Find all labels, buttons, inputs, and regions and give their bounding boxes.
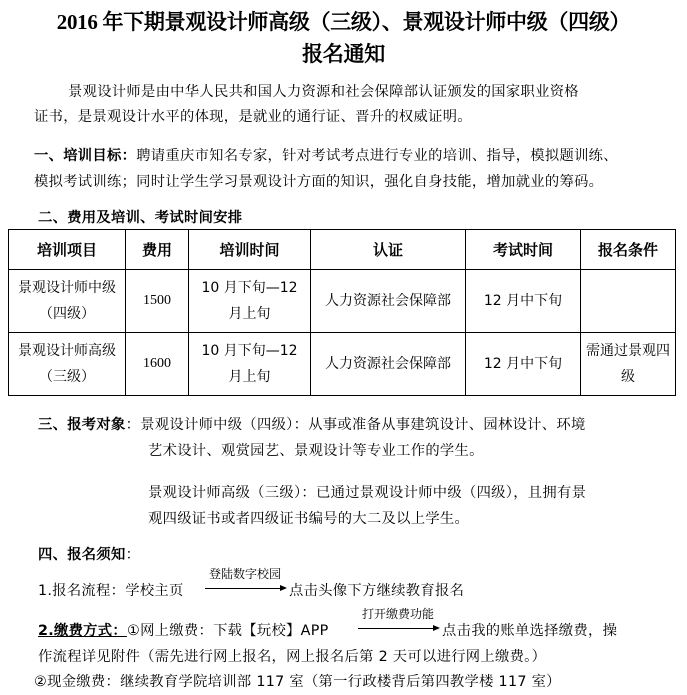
payment-line3: ②现金缴费：继续教育学院培训部 117 室（第一行政楼背后第四教学楼 117 室…	[34, 671, 561, 691]
arrow-label: 打开缴费功能	[358, 605, 438, 622]
section3-para1-line1: 景观设计师中级（四级）：从事或准备从事建筑设计、园林设计、环境	[140, 417, 585, 433]
online-payment-suffix: 点击我的账单选择缴费，操	[442, 620, 617, 640]
header-cell: 培训时间	[189, 230, 311, 270]
section1-heading: 一、培训目标：	[34, 148, 136, 164]
cell-fee: 1600	[126, 333, 189, 396]
payment-line1-prefix: 2.缴费方式：①网上缴费：下载【玩校】APP	[38, 620, 329, 640]
payment-method-label: 2.缴费方式：	[38, 623, 127, 639]
online-payment-prefix: ①网上缴费：下载【玩校】APP	[127, 623, 329, 639]
registration-flow-arrow: 登陆数字校园	[205, 565, 285, 589]
payment-line2: 作流程详见附件（需先进行网上报名，网上报名后第 2 天可以进行网上缴费。）	[38, 646, 546, 666]
registration-step-suffix: 点击头像下方继续教育报名	[289, 580, 464, 600]
cell-project: 景观设计师中级（四级）	[9, 270, 126, 333]
document-title-line1: 2016 年下期景观设计师高级（三级）、景观设计师中级（四级）	[0, 6, 687, 36]
section3-para1-line2: 艺术设计、观赏园艺、景观设计等专业工作的学生。	[148, 440, 484, 460]
intro-line1: 景观设计师是由中华人民共和国人力资源和社会保障部认证颁发的国家职业资格	[68, 81, 579, 101]
cell-training-time: 10 月下旬—12 月上旬	[189, 333, 311, 396]
registration-step-prefix: 1.报名流程：学校主页	[38, 580, 184, 600]
fee-schedule-table: 培训项目 费用 培训时间 认证 考试时间 报名条件 景观设计师中级（四级） 15…	[8, 229, 676, 396]
cell-fee: 1500	[126, 270, 189, 333]
section4-heading-line: 四、报名须知：	[38, 544, 140, 564]
cell-project: 景观设计师高级（三级）	[9, 333, 126, 396]
section3-para2-line2: 观四级证书或者四级证书编号的大二及以上学生。	[148, 508, 469, 528]
section3-colon: ：	[126, 417, 141, 433]
arrow-right-icon	[358, 628, 438, 629]
section2-heading: 二、费用及培训、考试时间安排	[38, 207, 242, 227]
section3-para2-line1: 景观设计师高级（三级）：已通过景观设计师中级（四级），且拥有景	[148, 482, 586, 502]
table-row: 景观设计师中级（四级） 1500 10 月下旬—12 月上旬 人力资源社会保障部…	[9, 270, 676, 333]
intro-line2: 证书，是景观设计水平的体现，是就业的通行证、晋升的权威证明。	[34, 106, 472, 126]
section4-colon: ：	[126, 547, 141, 563]
cell-certification: 人力资源社会保障部	[311, 270, 466, 333]
document-title-line2: 报名通知	[0, 38, 687, 68]
section1-text: 聘请重庆市知名专家，针对考试考点进行专业的培训、指导，模拟题训练、	[136, 148, 618, 164]
header-cell: 考试时间	[466, 230, 581, 270]
section1-line2: 模拟考试训练；同时让学生学习景观设计方面的知识，强化自身技能，增加就业的筹码。	[34, 171, 603, 191]
section4-heading: 四、报名须知	[38, 547, 126, 563]
table-row: 景观设计师高级（三级） 1600 10 月下旬—12 月上旬 人力资源社会保障部…	[9, 333, 676, 396]
arrow-label: 登陆数字校园	[205, 565, 285, 582]
section3-line1: 三、报考对象：景观设计师中级（四级）：从事或准备从事建筑设计、园林设计、环境	[38, 414, 586, 434]
cell-training-time: 10 月下旬—12 月上旬	[189, 270, 311, 333]
header-cell: 费用	[126, 230, 189, 270]
payment-flow-arrow: 打开缴费功能	[358, 605, 438, 629]
header-cell: 报名条件	[581, 230, 676, 270]
cell-exam-time: 12 月中下旬	[466, 333, 581, 396]
section3-heading: 三、报考对象	[38, 417, 126, 433]
section1-line1: 一、培训目标：聘请重庆市知名专家，针对考试考点进行专业的培训、指导，模拟题训练、	[34, 145, 618, 165]
header-cell: 培训项目	[9, 230, 126, 270]
cell-certification: 人力资源社会保障部	[311, 333, 466, 396]
arrow-right-icon	[205, 588, 285, 589]
cell-requirement	[581, 270, 676, 333]
table-header-row: 培训项目 费用 培训时间 认证 考试时间 报名条件	[9, 230, 676, 270]
header-cell: 认证	[311, 230, 466, 270]
cell-requirement: 需通过景观四级	[581, 333, 676, 396]
cell-exam-time: 12 月中下旬	[466, 270, 581, 333]
